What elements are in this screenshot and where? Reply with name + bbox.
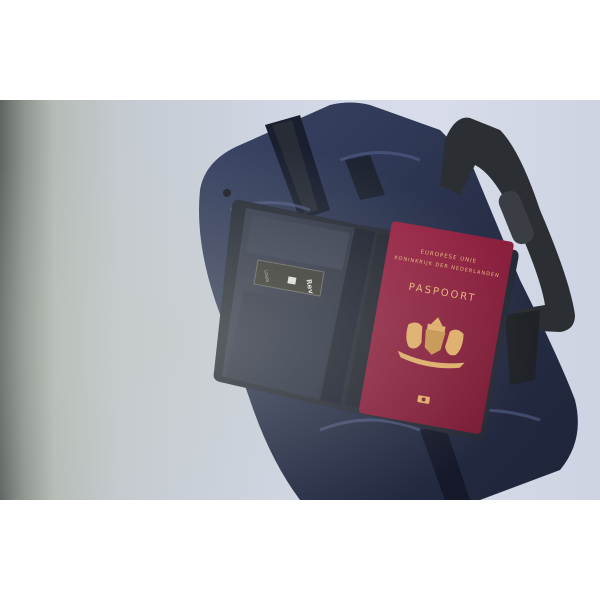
product-photo: Rev LOUIS EUROPESE UNIE KONINKRIJK DER N… xyxy=(0,100,600,500)
white-frame: Rev LOUIS EUROPESE UNIE KONINKRIJK DER N… xyxy=(0,0,600,600)
photo-scene: Rev LOUIS EUROPESE UNIE KONINKRIJK DER N… xyxy=(0,100,600,500)
